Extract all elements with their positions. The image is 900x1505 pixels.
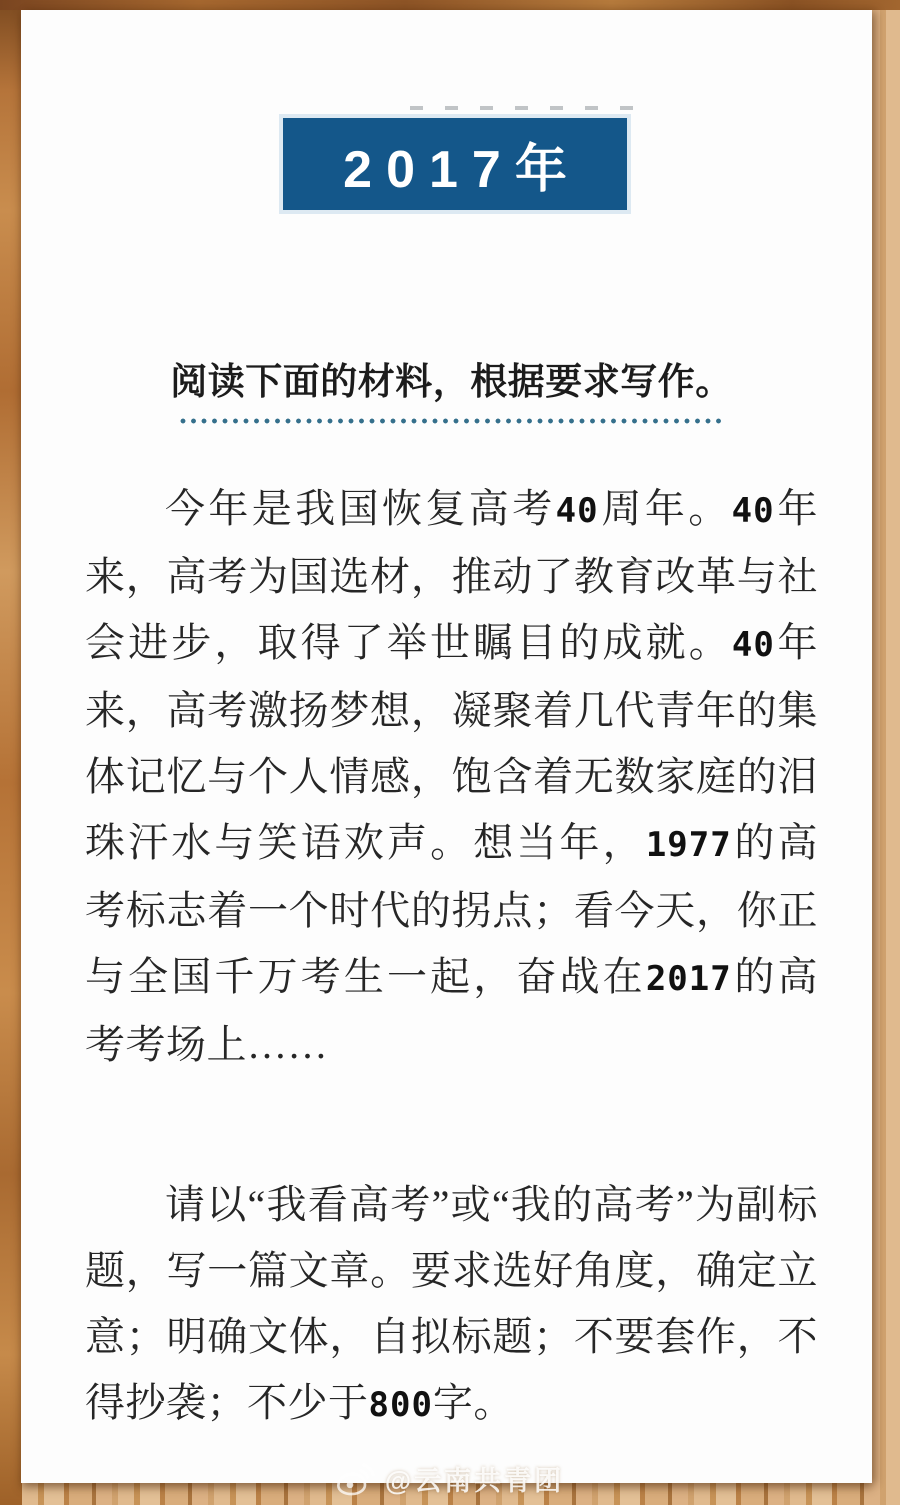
wood-left-border xyxy=(0,0,22,1505)
year-banner-label: 2017年 xyxy=(329,127,581,202)
requirements-paragraph: 请以“我看高考”或“我的高考”为副标题，写一篇文章。要求选好角度，确定立意；明确… xyxy=(85,1172,818,1438)
weibo-icon xyxy=(336,1462,376,1496)
faint-dashes xyxy=(410,106,648,110)
watermark: @云南共青团 xyxy=(336,1459,564,1498)
watermark-text: @云南共青团 xyxy=(385,1459,564,1498)
dotted-underline xyxy=(179,418,724,424)
paper-card: 2017年 阅读下面的材料，根据要求写作。 今年是我国恢复高考40周年。40年来… xyxy=(21,10,872,1483)
wood-top-border xyxy=(0,0,900,10)
prompt-heading: 阅读下面的材料，根据要求写作。 xyxy=(170,360,733,406)
material-paragraph: 今年是我国恢复高考40周年。40年来，高考为国选材，推动了教育改革与社会进步，取… xyxy=(85,476,818,1078)
year-banner: 2017年 xyxy=(283,118,627,210)
heading-wrap: 阅读下面的材料，根据要求写作。 xyxy=(85,360,818,424)
poster: 2017年 阅读下面的材料，根据要求写作。 今年是我国恢复高考40周年。40年来… xyxy=(0,0,900,1505)
prompt-content: 阅读下面的材料，根据要求写作。 今年是我国恢复高考40周年。40年来，高考为国选… xyxy=(85,360,818,1438)
